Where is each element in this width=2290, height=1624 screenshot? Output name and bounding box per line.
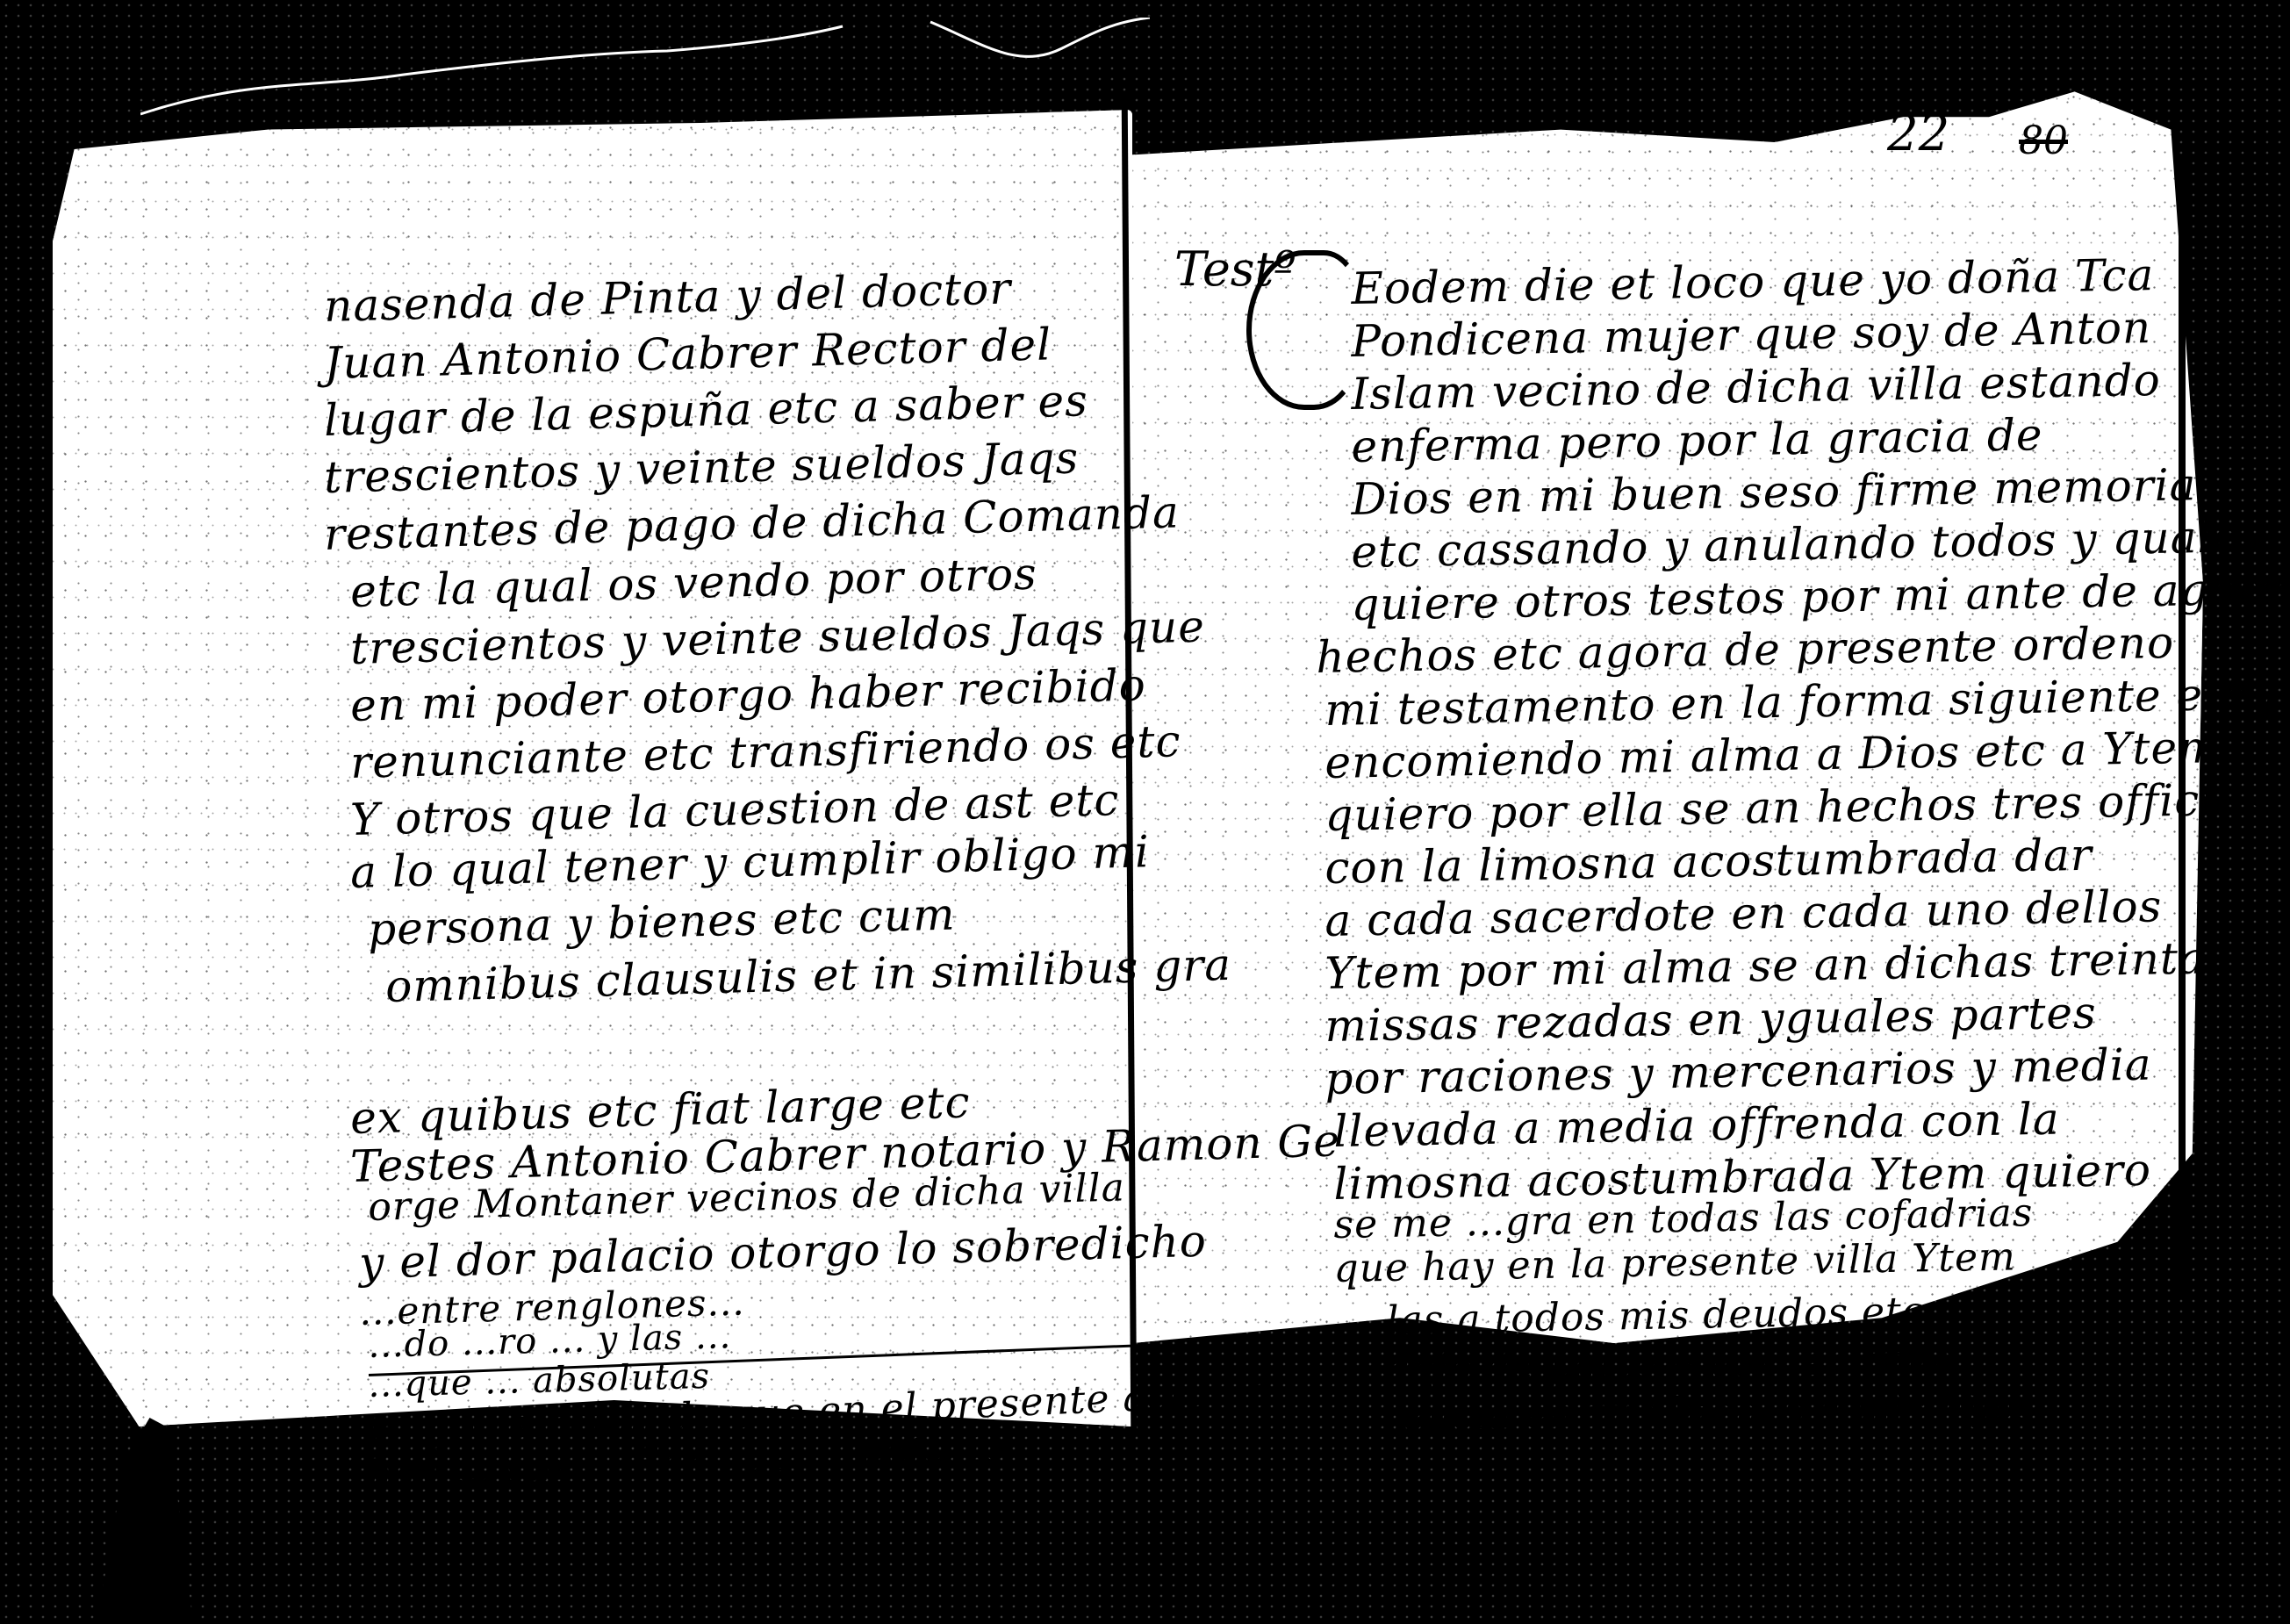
initial-capital-flourish bbox=[1246, 250, 1362, 410]
torn-paper-edge bbox=[140, 18, 1150, 123]
struck-folio-number: 80 bbox=[2019, 119, 2068, 163]
folio-number: 22 bbox=[1887, 105, 1949, 162]
